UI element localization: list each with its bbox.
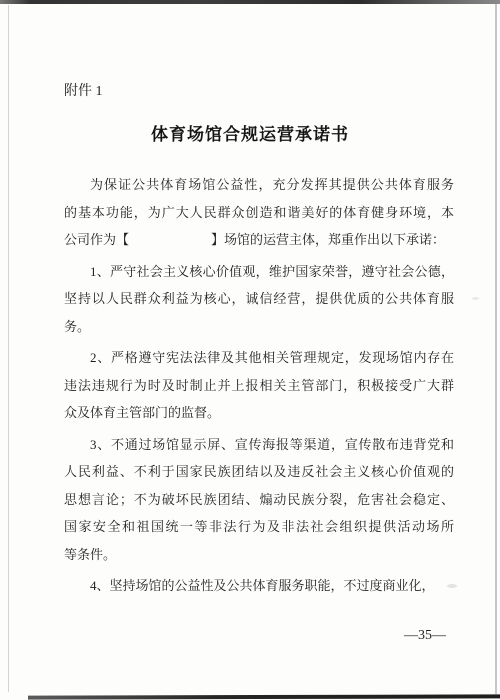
text-after-blank: 】场馆的运营主体，郑重作出以下承诺： (211, 232, 445, 247)
text-line: 违法违规行为时及时制止并上报相关主管部门，积极接受广大群 (64, 372, 454, 400)
paragraph-item-3: 3、不通过场馆显示屏、宣传海报等渠道，宣传散布违背党和 人民利益、不利于国家民族… (64, 431, 454, 569)
text-line: 务。 (64, 313, 454, 341)
text-line: 为保证公共体育场馆公益性，充分发挥其提供公共体育服务 (64, 171, 454, 199)
paragraph-intro: 为保证公共体育场馆公益性，充分发挥其提供公共体育服务 的基本功能，为广大人民群众… (64, 171, 454, 254)
text-line: 的基本功能，为广大人民群众创造和谐美好的体育健身环境，本 (64, 199, 454, 227)
scan-edge-right (495, 4, 497, 694)
paragraph-item-4: 4、坚持场馆的公益性及公共体育服务职能，不过度商业化， (64, 572, 454, 600)
page-number: —35— (404, 628, 446, 644)
scan-edge-top (0, 0, 500, 4)
text-line: 坚持以人民群众利益为核心，诚信经营，提供优质的公共体育服 (64, 285, 454, 313)
document-title: 体育场馆合规运营承诺书 (0, 120, 500, 145)
paragraph-item-2: 2、严格遵守宪法法律及其他相关管理规定，发现场馆内存在 违法违规行为时及时制止并… (64, 344, 454, 427)
text-line: 等条件。 (64, 541, 454, 569)
text-line: 1、严守社会主义核心价值观，维护国家荣誉，遵守社会公德， (64, 258, 454, 286)
text-line: 2、严格遵守宪法法律及其他相关管理规定，发现场馆内存在 (64, 344, 454, 372)
attachment-label: 附件 1 (64, 80, 103, 100)
text-line: 人民利益、不利于国家民族团结以及违反社会主义核心价值观的 (64, 458, 454, 486)
scan-edge-bottom (28, 694, 500, 699)
document-body: 为保证公共体育场馆公益性，充分发挥其提供公共体育服务 的基本功能，为广大人民群众… (64, 171, 454, 600)
scanned-document-page: 附件 1 体育场馆合规运营承诺书 为保证公共体育场馆公益性，充分发挥其提供公共体… (0, 0, 500, 700)
text-line: 众及体育主管部门的监督。 (64, 399, 454, 427)
scan-smudge (472, 297, 479, 300)
text-line: 3、不通过场馆显示屏、宣传海报等渠道，宣传散布违背党和 (64, 431, 454, 459)
text-before-blank: 公司作为【 (64, 232, 129, 247)
scan-edge-left (8, 5, 9, 692)
paragraph-item-1: 1、严守社会主义核心价值观，维护国家荣誉，遵守社会公德， 坚持以人民群众利益为核… (64, 258, 454, 341)
text-line-with-blank: 公司作为【】场馆的运营主体，郑重作出以下承诺： (64, 226, 454, 254)
text-line: 国家安全和祖国统一等非法行为及非法社会组织提供活动场所 (64, 513, 454, 541)
text-line: 思想言论；不为破坏民族团结、煽动民族分裂，危害社会稳定、 (64, 486, 454, 514)
text-line: 4、坚持场馆的公益性及公共体育服务职能，不过度商业化， (64, 572, 454, 600)
